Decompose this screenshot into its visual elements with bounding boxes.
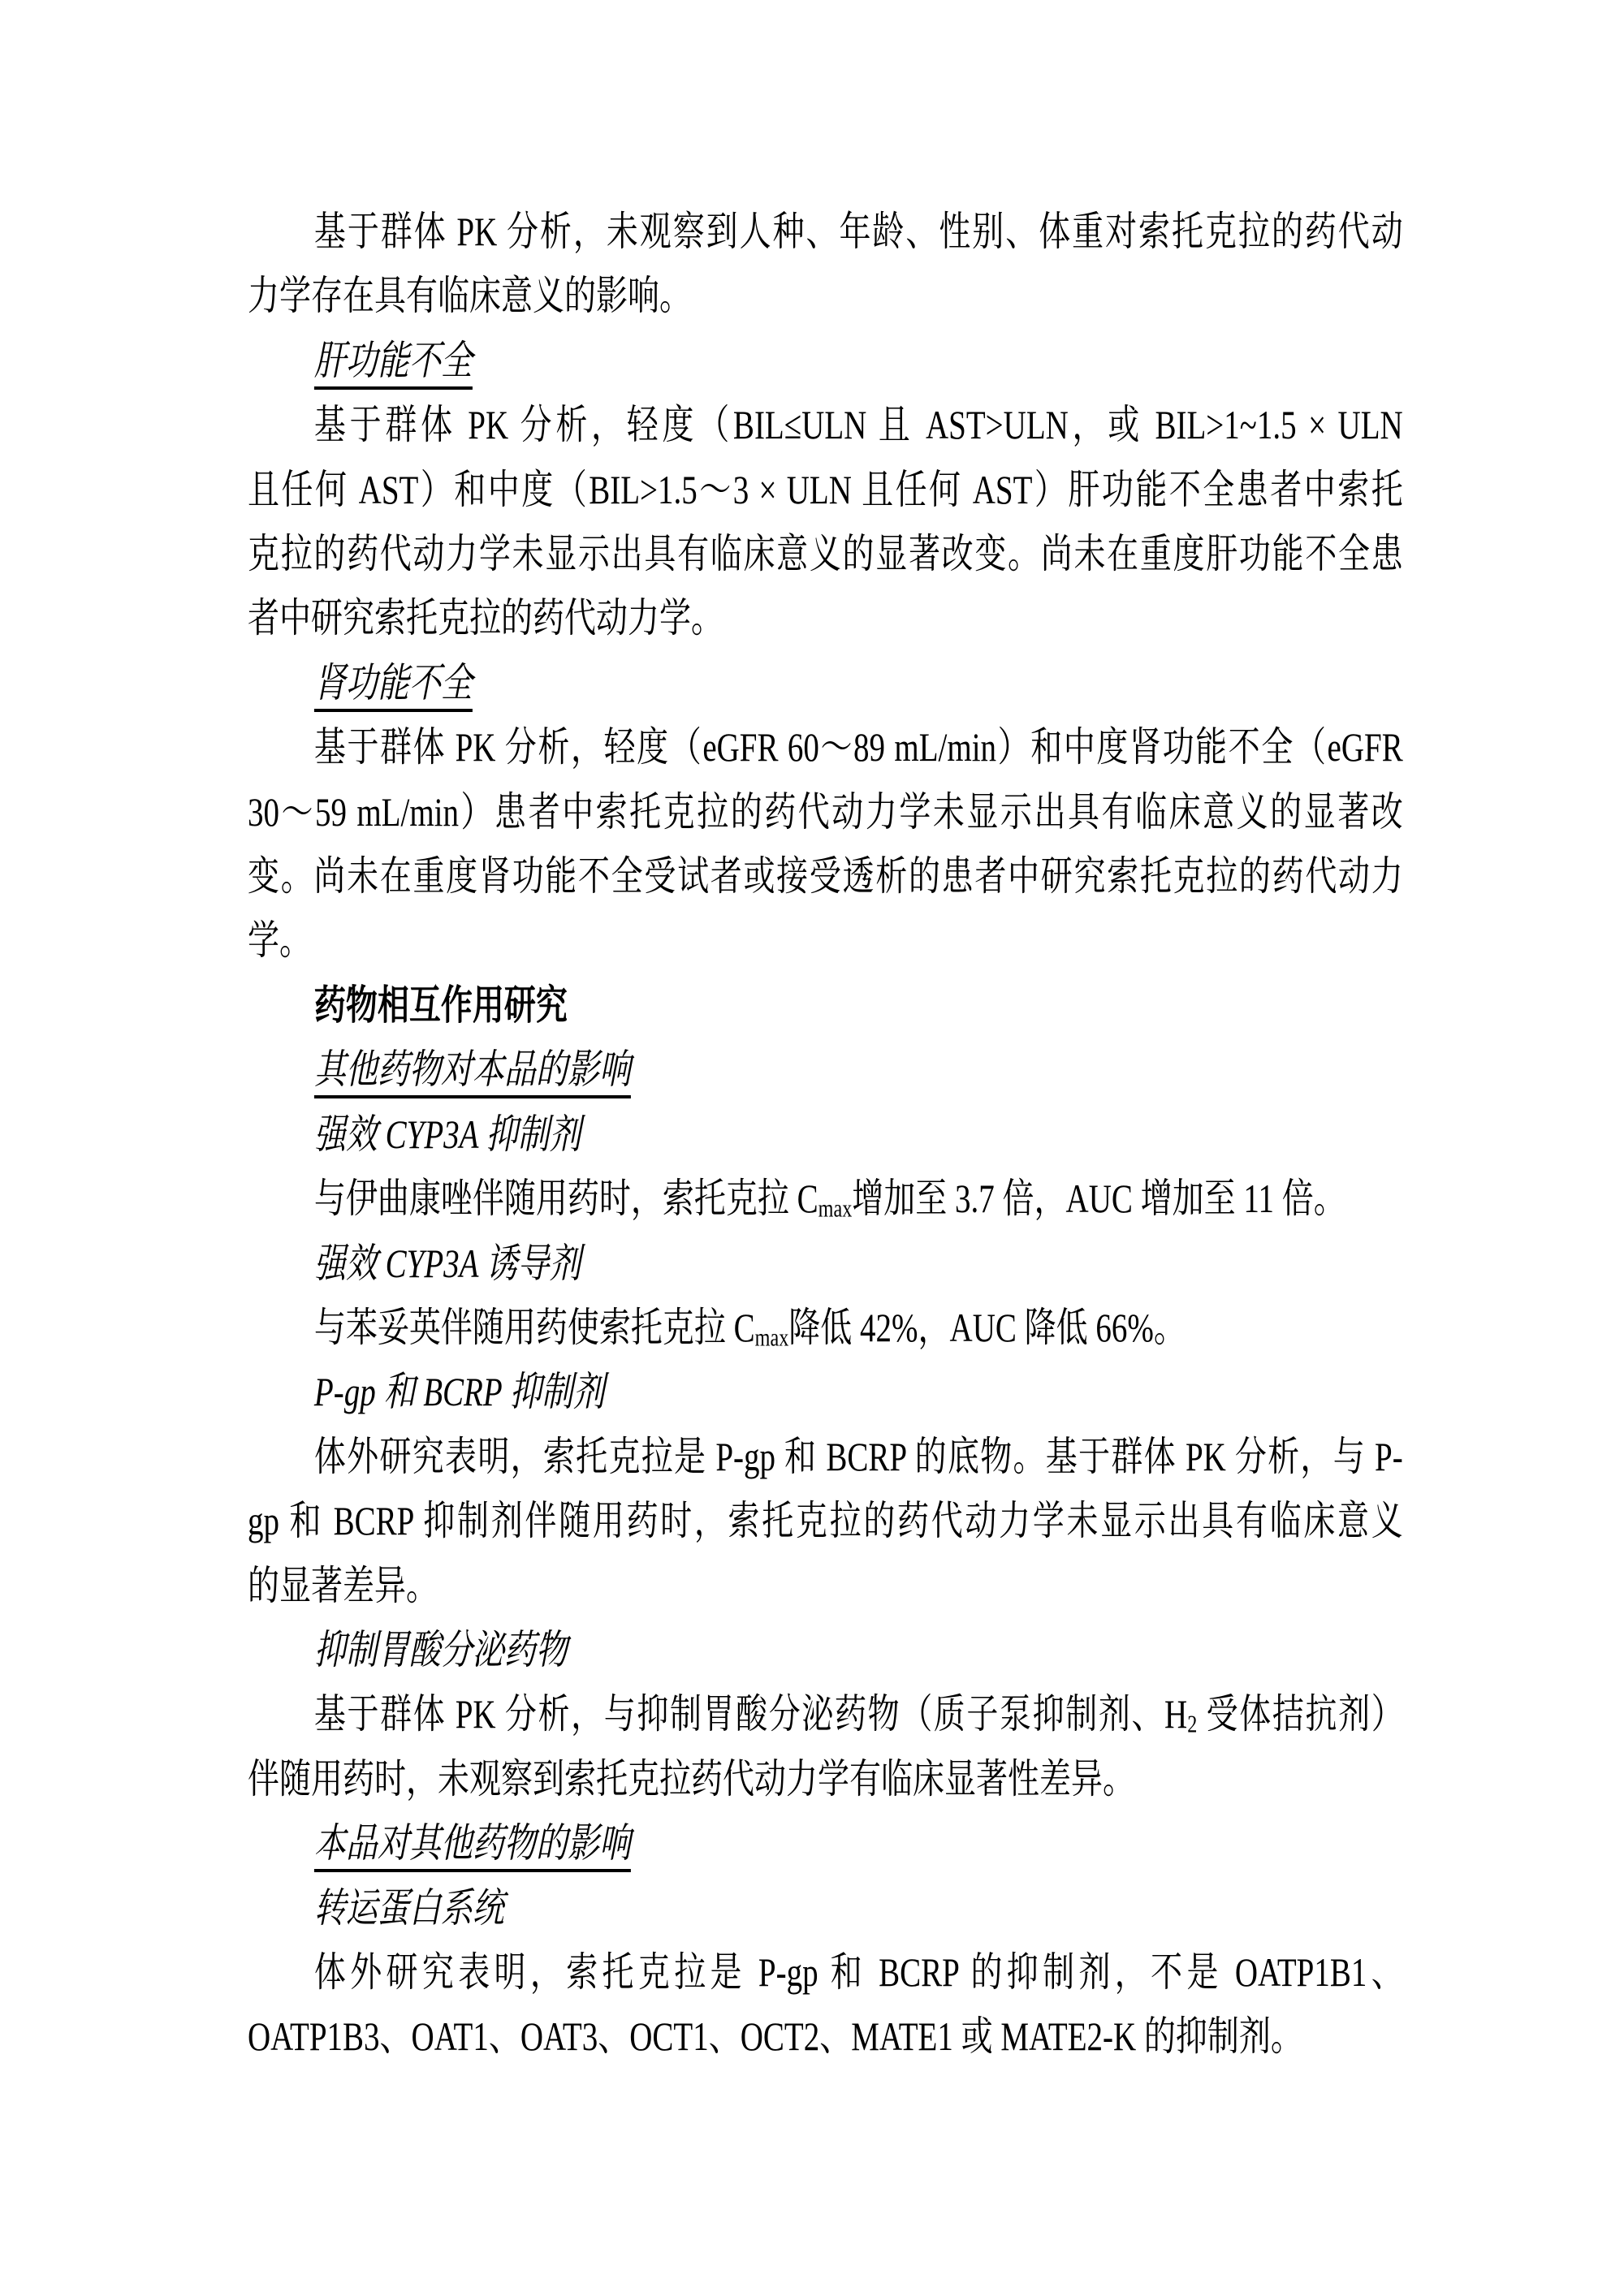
paragraph: 体外研究表明，索托克拉是 P-gp 和 BCRP 的底物。基于群体 PK 分析，… [248,1425,1403,1618]
text-line: 转运蛋白系统 [248,1876,1403,1940]
text-line: 且任何 AST）和中度（BIL>1.5～3 × ULN 且任何 AST）肝功能不… [248,458,1403,522]
underlined-heading-text: 肾功能不全 [314,660,473,712]
text-line: 强效 CYP3A 诱导剂 [248,1232,1403,1296]
paragraph: 基于群体 PK 分析，与抑制胃酸分泌药物（质子泵抑制剂、H2 受体拮抗剂）伴随用… [248,1682,1403,1811]
heading-italic: 强效 CYP3A 诱导剂 [248,1232,1403,1296]
heading-italic: 转运蛋白系统 [248,1876,1403,1940]
text-line: 强效 CYP3A 抑制剂 [248,1103,1403,1167]
paragraph: 基于群体 PK 分析，轻度（eGFR 60～89 mL/min）和中度肾功能不全… [248,715,1403,973]
text-line: 者中研究索托克拉的药代动力学。 [248,586,1403,650]
paragraph: 体外研究表明，索托克拉是 P-gp 和 BCRP 的抑制剂，不是 OATP1B1… [248,1940,1403,2069]
text-line: 体外研究表明，索托克拉是 P-gp 和 BCRP 的底物。基于群体 PK 分析，… [248,1425,1403,1489]
heading-italic: P-gp 和 BCRP 抑制剂 [248,1360,1403,1424]
paragraph: 基于群体 PK 分析，未观察到人种、年龄、性别、体重对索托克拉的药代动力学存在具… [248,200,1403,329]
text-line: 药物相互作用研究 [248,973,1403,1038]
paragraph: 基于群体 PK 分析，轻度（BIL≤ULN 且 AST>ULN，或 BIL>1~… [248,393,1403,651]
text-line: 肾功能不全 [248,651,1403,715]
text-line: 肝功能不全 [248,329,1403,393]
underlined-heading-text: 肝功能不全 [314,338,473,390]
text-line: 力学存在具有临床意义的影响。 [248,264,1403,328]
text-line: 基于群体 PK 分析，轻度（eGFR 60～89 mL/min）和中度肾功能不全… [248,715,1403,779]
heading-italic-underline: 其他药物对本品的影响 [248,1038,1403,1102]
heading-bold: 药物相互作用研究 [248,973,1403,1038]
text-line: 其他药物对本品的影响 [248,1038,1403,1102]
paragraph: 与伊曲康唑伴随用药时，索托克拉 Cmax增加至 3.7 倍，AUC 增加至 11… [248,1167,1403,1231]
text-line: 基于群体 PK 分析，未观察到人种、年龄、性别、体重对索托克拉的药代动 [248,200,1403,264]
text-line: 基于群体 PK 分析，与抑制胃酸分泌药物（质子泵抑制剂、H2 受体拮抗剂） [248,1682,1403,1746]
text-line: 抑制胃酸分泌药物 [248,1618,1403,1682]
heading-italic-underline: 本品对其他药物的影响 [248,1811,1403,1875]
text-line: 克拉的药代动力学未显示出具有临床意义的显著改变。尚未在重度肝功能不全患 [248,522,1403,586]
subscript-text: 2 [1187,1710,1197,1738]
text-line: OATP1B3、OAT1、OAT3、OCT1、OCT2、MATE1 或 MATE… [248,2005,1403,2069]
text-line: 本品对其他药物的影响 [248,1811,1403,1875]
document-page: 基于群体 PK 分析，未观察到人种、年龄、性别、体重对索托克拉的药代动力学存在具… [0,0,1624,2296]
heading-italic: 抑制胃酸分泌药物 [248,1618,1403,1682]
subscript-text: max [755,1323,789,1351]
paragraph: 与苯妥英伴随用药使索托克拉 Cmax降低 42%，AUC 降低 66%。 [248,1296,1403,1360]
text-line: 基于群体 PK 分析，轻度（BIL≤ULN 且 AST>ULN，或 BIL>1~… [248,393,1403,457]
text-line: 30～59 mL/min）患者中索托克拉的药代动力学未显示出具有临床意义的显著改 [248,780,1403,844]
text-line: 与伊曲康唑伴随用药时，索托克拉 Cmax增加至 3.7 倍，AUC 增加至 11… [248,1167,1403,1231]
underlined-heading-text: 其他药物对本品的影响 [314,1047,631,1098]
text-line: 学。 [248,908,1403,973]
text-line: 伴随用药时，未观察到索托克拉药代动力学有临床显著性差异。 [248,1747,1403,1811]
text-line: gp 和 BCRP 抑制剂伴随用药时，索托克拉的药代动力学未显示出具有临床意义 [248,1489,1403,1553]
text-line: P-gp 和 BCRP 抑制剂 [248,1360,1403,1424]
underlined-heading-text: 本品对其他药物的影响 [314,1820,631,1872]
document-body: 基于群体 PK 分析，未观察到人种、年龄、性别、体重对索托克拉的药代动力学存在具… [248,200,1403,2069]
heading-italic: 强效 CYP3A 抑制剂 [248,1103,1403,1167]
heading-italic-underline: 肾功能不全 [248,651,1403,715]
subscript-text: max [818,1194,853,1223]
text-line: 的显著差异。 [248,1554,1403,1618]
text-line: 体外研究表明，索托克拉是 P-gp 和 BCRP 的抑制剂，不是 OATP1B1… [248,1940,1403,2005]
text-line: 与苯妥英伴随用药使索托克拉 Cmax降低 42%，AUC 降低 66%。 [248,1296,1403,1360]
text-line: 变。尚未在重度肾功能不全受试者或接受透析的患者中研究索托克拉的药代动力 [248,844,1403,908]
heading-italic-underline: 肝功能不全 [248,329,1403,393]
